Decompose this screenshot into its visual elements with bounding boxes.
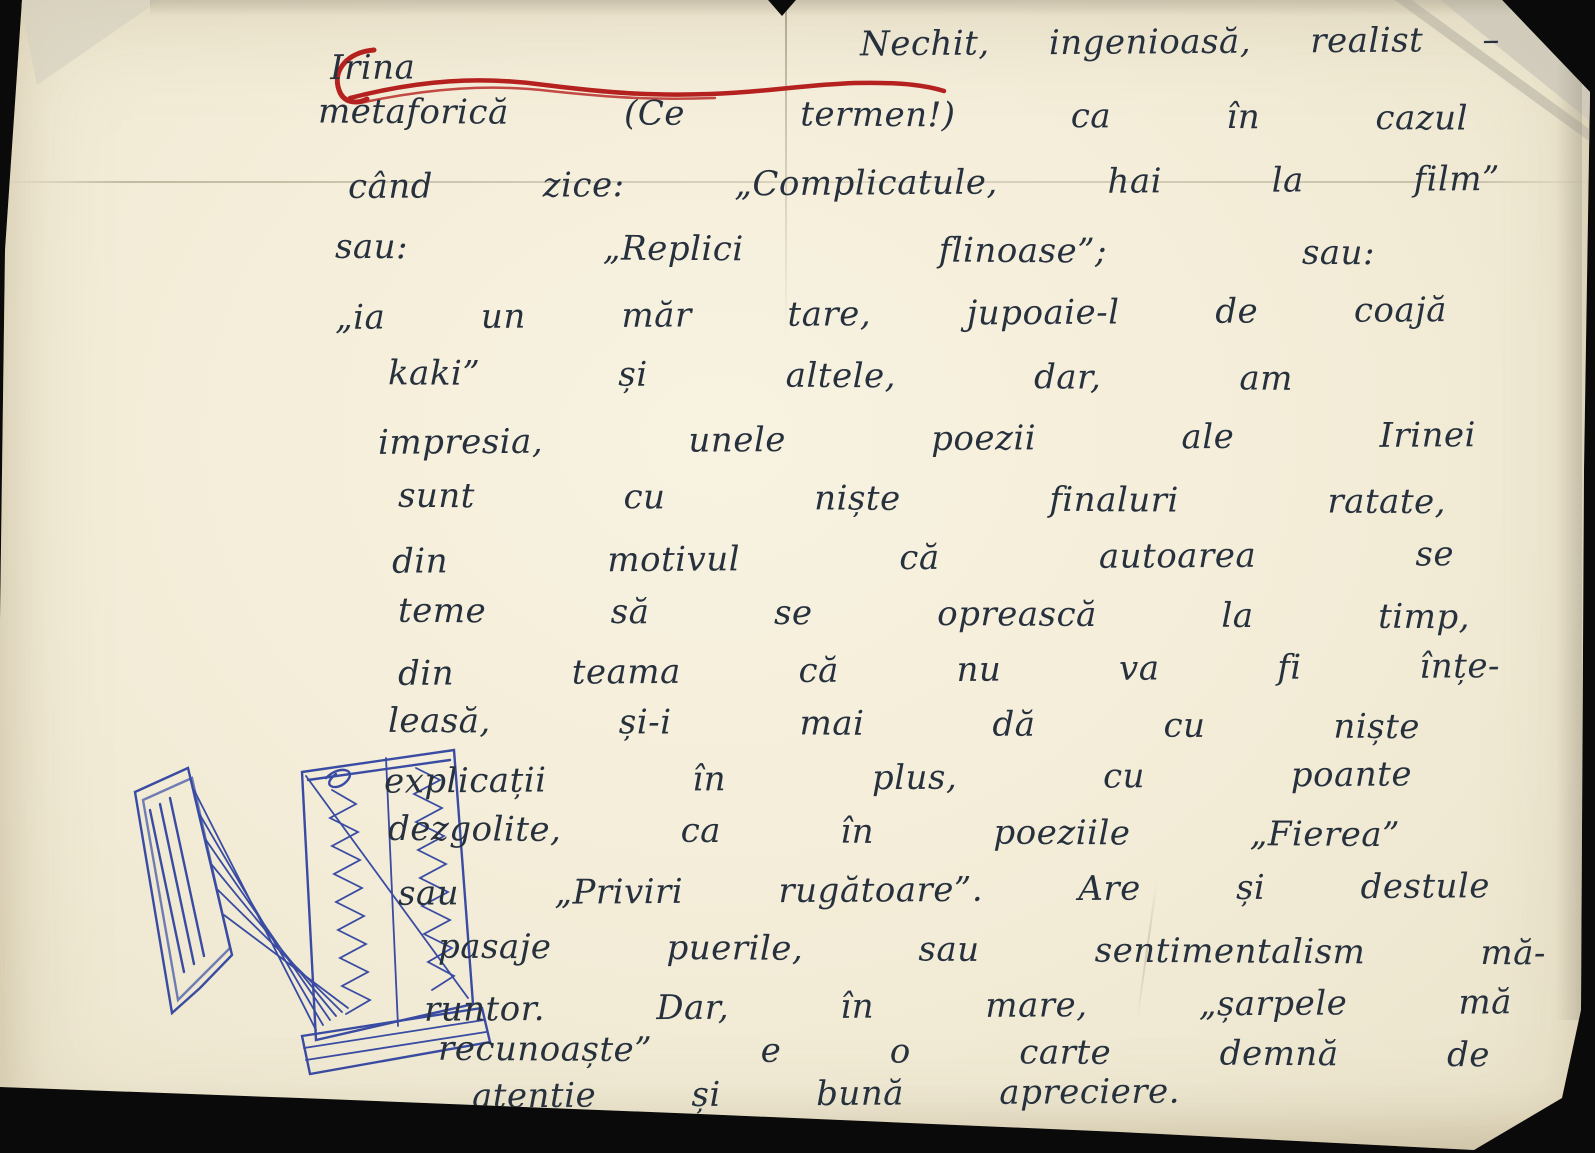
handwritten-line: Irina Nechit, ingenioasă, realist – [330, 20, 1500, 69]
handwritten-line: dezgolite, ca în poeziile „Fierea” [388, 809, 1400, 856]
handwritten-line: din teama că nu va fi înțe- [398, 646, 1500, 694]
handwritten-line: recunoaște” e o carte demnă de [438, 1029, 1490, 1076]
handwritten-line: leasă, și-i mai dă cu niște [388, 701, 1420, 748]
handwritten-line: impresia, unele poezii ale Irinei [378, 415, 1476, 463]
handwritten-line: sau „Priviri rugătoare”. Are și destule [398, 866, 1490, 914]
handwritten-line: când zice: „Complicatule, hai la film” [348, 159, 1500, 208]
line-continuation: Nechit, ingenioasă, realist – [860, 20, 1500, 65]
scanned-letter-scene: Irina Nechit, ingenioasă, realist – meta… [0, 0, 1595, 1153]
handwritten-line: metaforică (Ce termen!) ca în cazul [318, 91, 1468, 139]
handwritten-line: kaki” și altele, dar, am [388, 353, 1293, 399]
handwritten-line: runtor. Dar, în mare, „șarpele mă [424, 982, 1512, 1030]
handwritten-line: din motivul că autoarea se [392, 534, 1454, 582]
handwritten-line: sau: „Replici flinoase”; sau: [335, 227, 1375, 274]
handwritten-line: sunt cu niște finaluri ratate, [398, 476, 1446, 523]
handwritten-line: explicații în plus, cu poante [384, 754, 1412, 802]
handwritten-line: atenție și bună apreciere. [472, 1072, 1180, 1118]
handwritten-line: pasaje puerile, sau sentimentalism mă- [438, 927, 1546, 975]
handwritten-line: „ia un măr tare, jupoaie-l de coajă [335, 290, 1447, 339]
handwritten-line: teme să se oprească la timp, [398, 591, 1470, 638]
paper-sheet: Irina Nechit, ingenioasă, realist – meta… [0, 0, 1595, 1153]
handwriting-layer: Irina Nechit, ingenioasă, realist – meta… [0, 0, 1595, 1153]
underlined-word: Irina [330, 47, 416, 88]
